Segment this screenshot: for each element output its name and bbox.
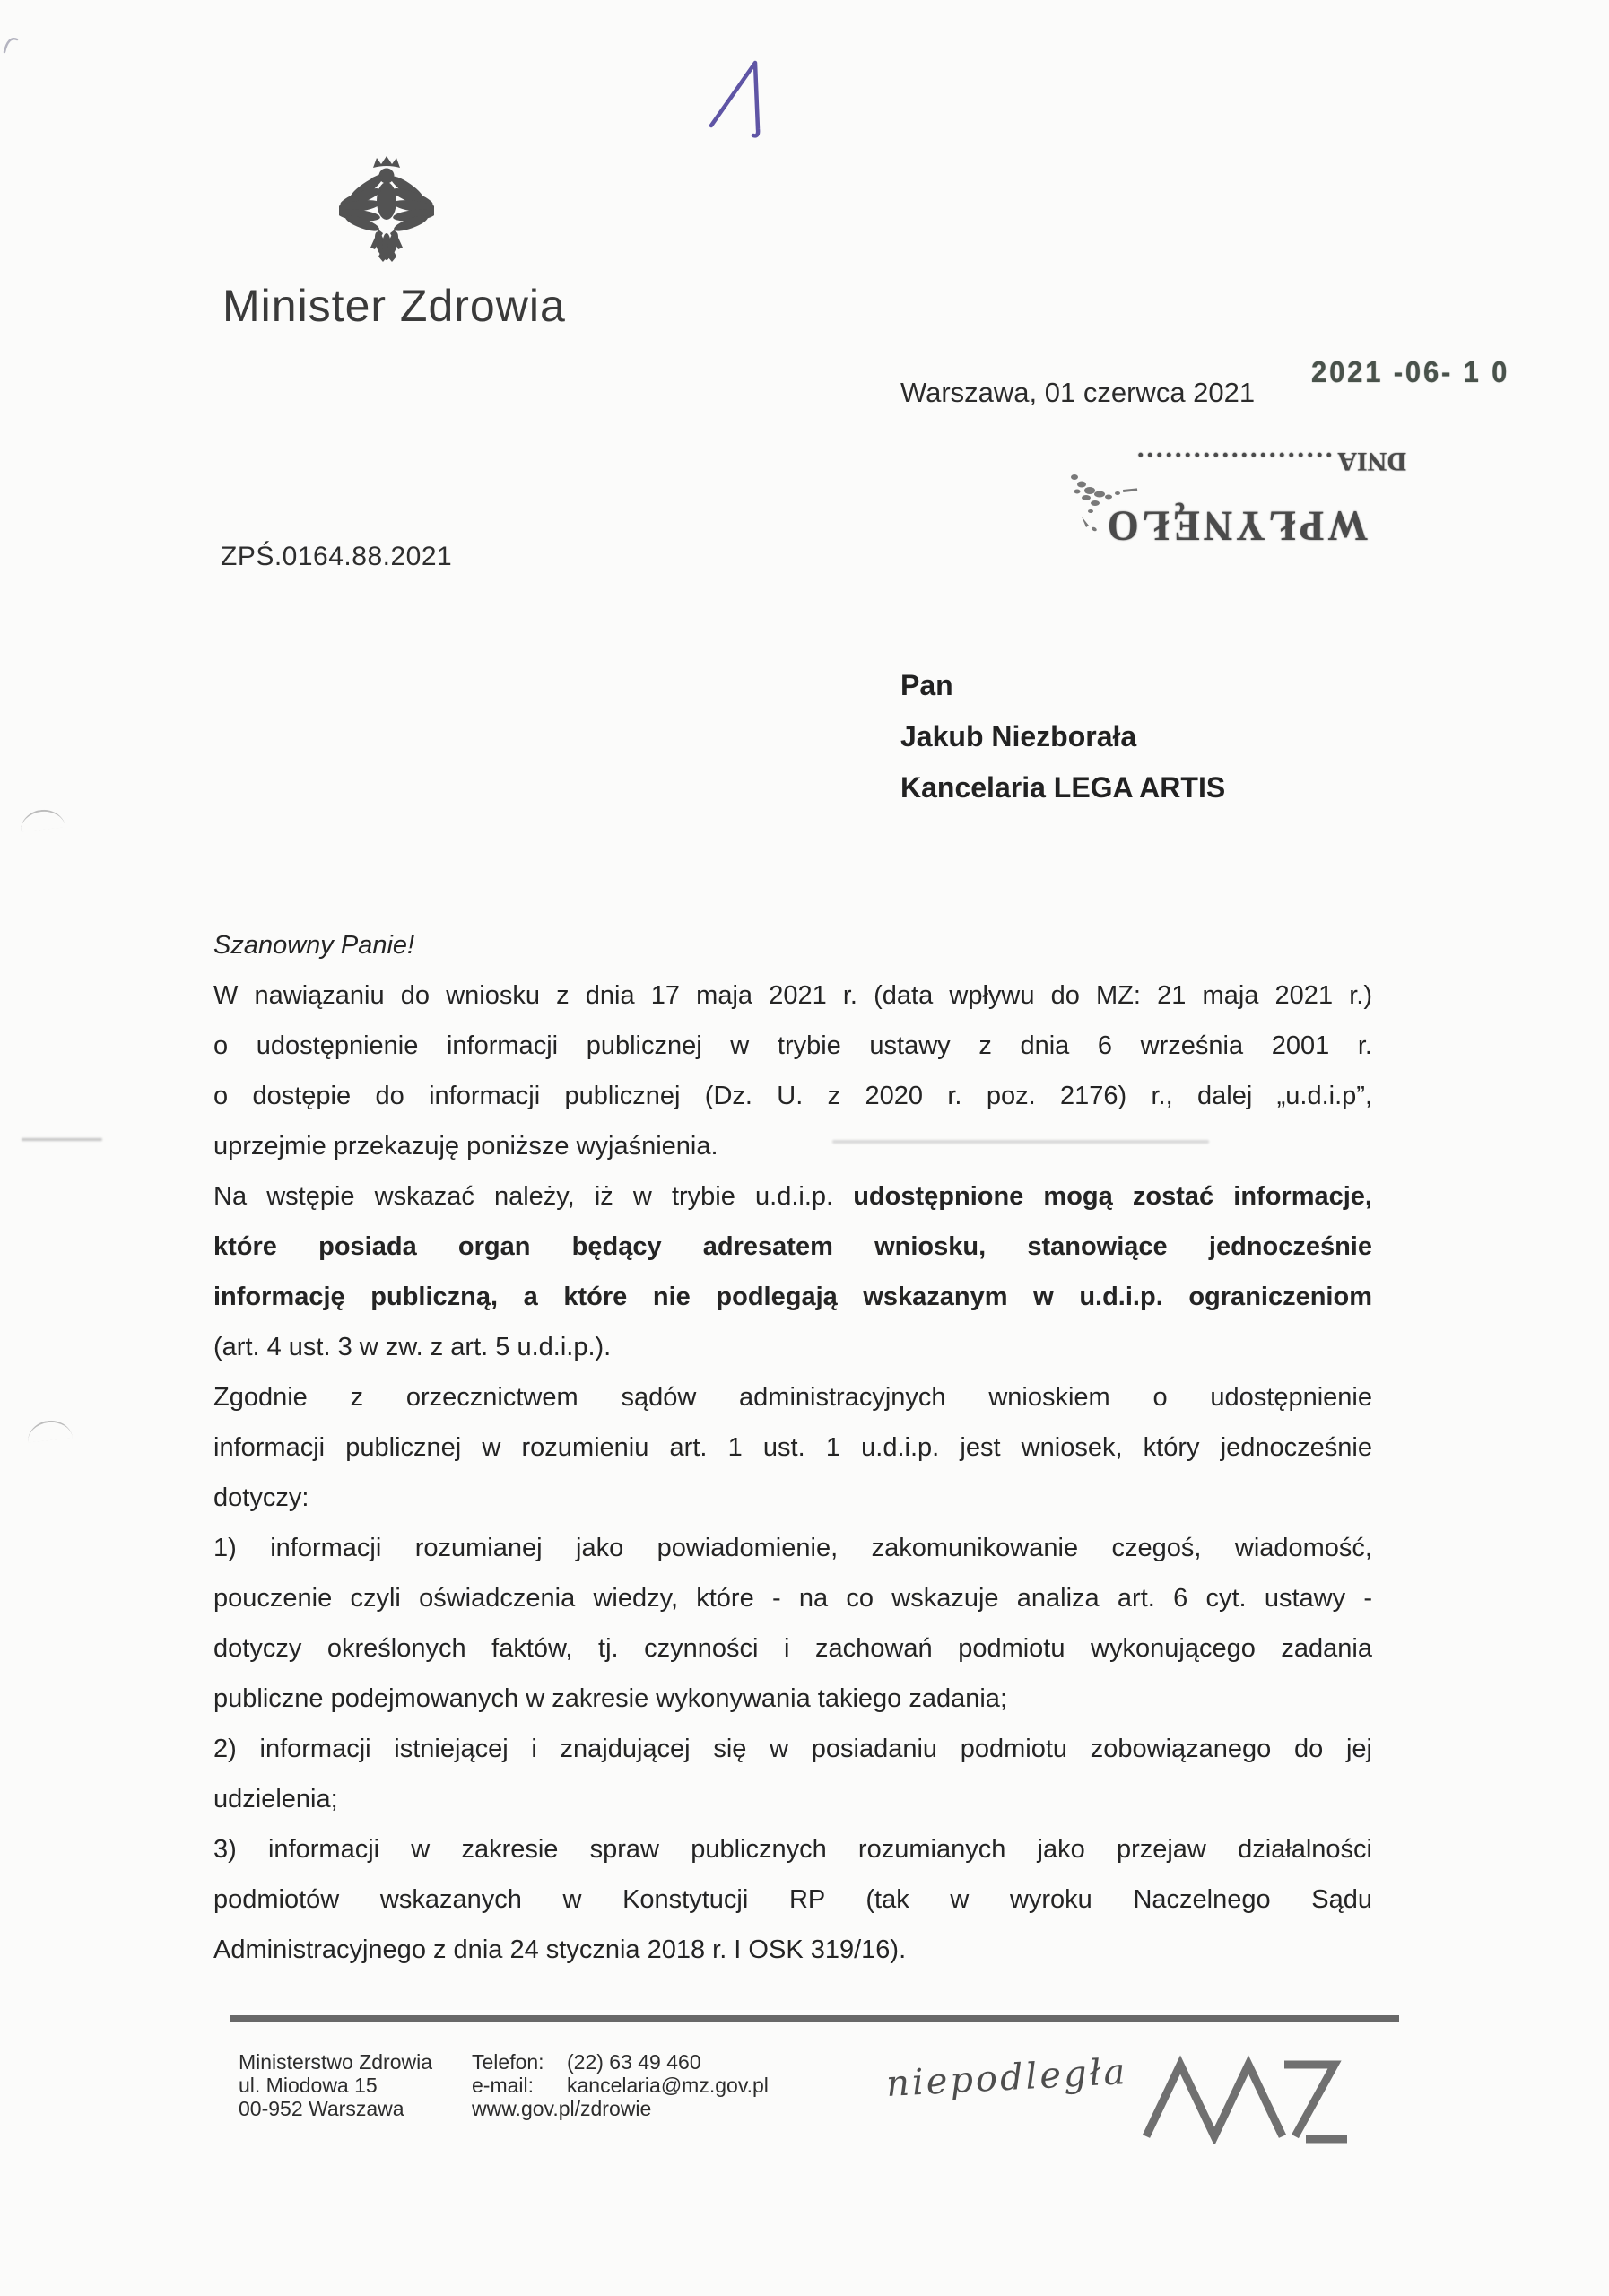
body-text-segment: o udostępnienie informacji publicznej w … (213, 1031, 1372, 1060)
body-line: Szanowny Panie! (213, 920, 1372, 970)
reference-number: ZPŚ.0164.88.2021 (221, 542, 452, 572)
scan-arc-mark (19, 807, 65, 831)
body-text-segment: pouczenie czyli oświadczenia wiedzy, któ… (213, 1584, 1372, 1613)
phone-label: Telefon: (472, 2050, 567, 2074)
body-line: informację publiczną, a które nie podleg… (213, 1272, 1372, 1322)
body-line: dotyczy określonych faktów, tj. czynnośc… (213, 1623, 1372, 1674)
body-text-segment: 1) informacji rozumianej jako powiadomie… (213, 1534, 1372, 1562)
body-line: pouczenie czyli oświadczenia wiedzy, któ… (213, 1573, 1372, 1623)
body-text-segment: Szanowny Panie! (213, 931, 414, 960)
footer-address: Ministerstwo Zdrowia ul. Miodowa 15 00-9… (239, 2050, 432, 2120)
intake-stamp-dnia-label: DNIA (1339, 447, 1406, 476)
body-text-segment: Zgodnie z orzecznictwem sądów administra… (213, 1383, 1372, 1412)
email-value: kancelaria@mz.gov.pl (567, 2074, 769, 2097)
body-text-segment: informację publiczną, a które nie podleg… (213, 1283, 1372, 1311)
eagle-crown (373, 156, 400, 168)
body-line: udzielenia; (213, 1774, 1372, 1824)
scan-corner-mark (2, 30, 23, 57)
scan-smudge (22, 1138, 102, 1141)
body-text-segment: udzielenia; (213, 1785, 338, 1813)
body-line: o dostępie do informacji publicznej (Dz.… (213, 1071, 1372, 1121)
body-text-segment: uprzejmie przekazuję poniższe wyjaśnieni… (213, 1132, 718, 1161)
body-line: dotyczy: (213, 1473, 1372, 1523)
body-text-segment: Administracyjnego z dnia 24 stycznia 201… (213, 1935, 906, 1964)
niepodlegla-wordmark: niepodległa (885, 2051, 1128, 2105)
body-line: 1) informacji rozumianej jako powiadomie… (213, 1523, 1372, 1573)
body-text-segment: dotyczy: (213, 1483, 309, 1512)
body-text-segment: publiczne podejmowanych w zakresie wykon… (213, 1684, 1007, 1713)
footer-website-row: www.gov.pl/zdrowie (472, 2097, 769, 2120)
handwritten-page-number (695, 54, 776, 148)
body-text-segment: 2) informacji istniejącej i znajdującej … (213, 1735, 1372, 1763)
body-text-segment: 3) informacji w zakresie spraw publiczny… (213, 1835, 1372, 1864)
recipient-block: Pan Jakub Niezborała Kancelaria LEGA ART… (900, 660, 1225, 813)
polish-eagle-emblem-icon (339, 154, 434, 271)
footer-contact: Telefon:(22) 63 49 460 e-mail:kancelaria… (472, 2050, 769, 2120)
body-line: Na wstępie wskazać należy, iż w trybie u… (213, 1171, 1372, 1222)
body-line: które posiada organ będący adresatem wni… (213, 1222, 1372, 1272)
body-text-segment: W nawiązaniu do wniosku z dnia 17 maja 2… (213, 981, 1372, 1010)
body-text-segment: Na wstępie wskazać należy, iż w trybie u… (213, 1182, 853, 1211)
footer-phone-row: Telefon:(22) 63 49 460 (472, 2050, 769, 2074)
stamp-ink-blob (1064, 466, 1162, 536)
mz-zigzag-logo-icon (1141, 2054, 1352, 2144)
place-and-date: Warszawa, 01 czerwca 2021 (900, 377, 1255, 409)
body-text-segment: udostępnione mogą zostać informacje, (853, 1182, 1372, 1211)
body-line: podmiotów wskazanych w Konstytucji RP (t… (213, 1874, 1372, 1925)
body-text-segment: które posiada organ będący adresatem wni… (213, 1232, 1372, 1261)
scan-arc-mark (26, 1418, 73, 1442)
body-line: Zgodnie z orzecznictwem sądów administra… (213, 1372, 1372, 1422)
body-line: 3) informacji w zakresie spraw publiczny… (213, 1824, 1372, 1874)
recipient-name: Jakub Niezborała (900, 711, 1225, 762)
body-line: publiczne podejmowanych w zakresie wykon… (213, 1674, 1372, 1724)
letter-page: { "header": { "org_name": "Minister Zdro… (0, 0, 1609, 2296)
body-line: uprzejmie przekazuję poniższe wyjaśnieni… (213, 1121, 1372, 1171)
footer-email-row: e-mail:kancelaria@mz.gov.pl (472, 2074, 769, 2097)
footer-divider (230, 2015, 1399, 2022)
email-label: e-mail: (472, 2074, 567, 2097)
phone-value: (22) 63 49 460 (567, 2050, 701, 2074)
received-date-stamp: 2021 -06- 1 0 (1311, 355, 1509, 389)
body-text-segment: informacji publicznej w rozumieniu art. … (213, 1433, 1372, 1462)
body-line: Administracyjnego z dnia 24 stycznia 201… (213, 1925, 1372, 1975)
body-text-segment: podmiotów wskazanych w Konstytucji RP (t… (213, 1885, 1372, 1914)
body-text: Szanowny Panie!W nawiązaniu do wniosku z… (213, 920, 1372, 1975)
recipient-salutation: Pan (900, 660, 1225, 711)
footer-street: ul. Miodowa 15 (239, 2074, 432, 2097)
footer-city: 00-952 Warszawa (239, 2097, 432, 2120)
footer-org-name: Ministerstwo Zdrowia (239, 2050, 432, 2074)
recipient-organization: Kancelaria LEGA ARTIS (900, 762, 1225, 813)
body-line: informacji publicznej w rozumieniu art. … (213, 1422, 1372, 1473)
body-line: 2) informacji istniejącej i znajdującej … (213, 1724, 1372, 1774)
page-title: Minister Zdrowia (222, 280, 566, 332)
body-line: o udostępnienie informacji publicznej w … (213, 1021, 1372, 1071)
body-line: (art. 4 ust. 3 w zw. z art. 5 u.d.i.p.). (213, 1322, 1372, 1372)
intake-stamp-dots: ..................... (1135, 447, 1333, 476)
body-text-segment: dotyczy określonych faktów, tj. czynnośc… (213, 1634, 1372, 1663)
body-line: W nawiązaniu do wniosku z dnia 17 maja 2… (213, 970, 1372, 1021)
website-value: www.gov.pl/zdrowie (472, 2097, 651, 2120)
body-text-segment: o dostępie do informacji publicznej (Dz.… (213, 1082, 1372, 1110)
body-text-segment: (art. 4 ust. 3 w zw. z art. 5 u.d.i.p.). (213, 1333, 611, 1361)
